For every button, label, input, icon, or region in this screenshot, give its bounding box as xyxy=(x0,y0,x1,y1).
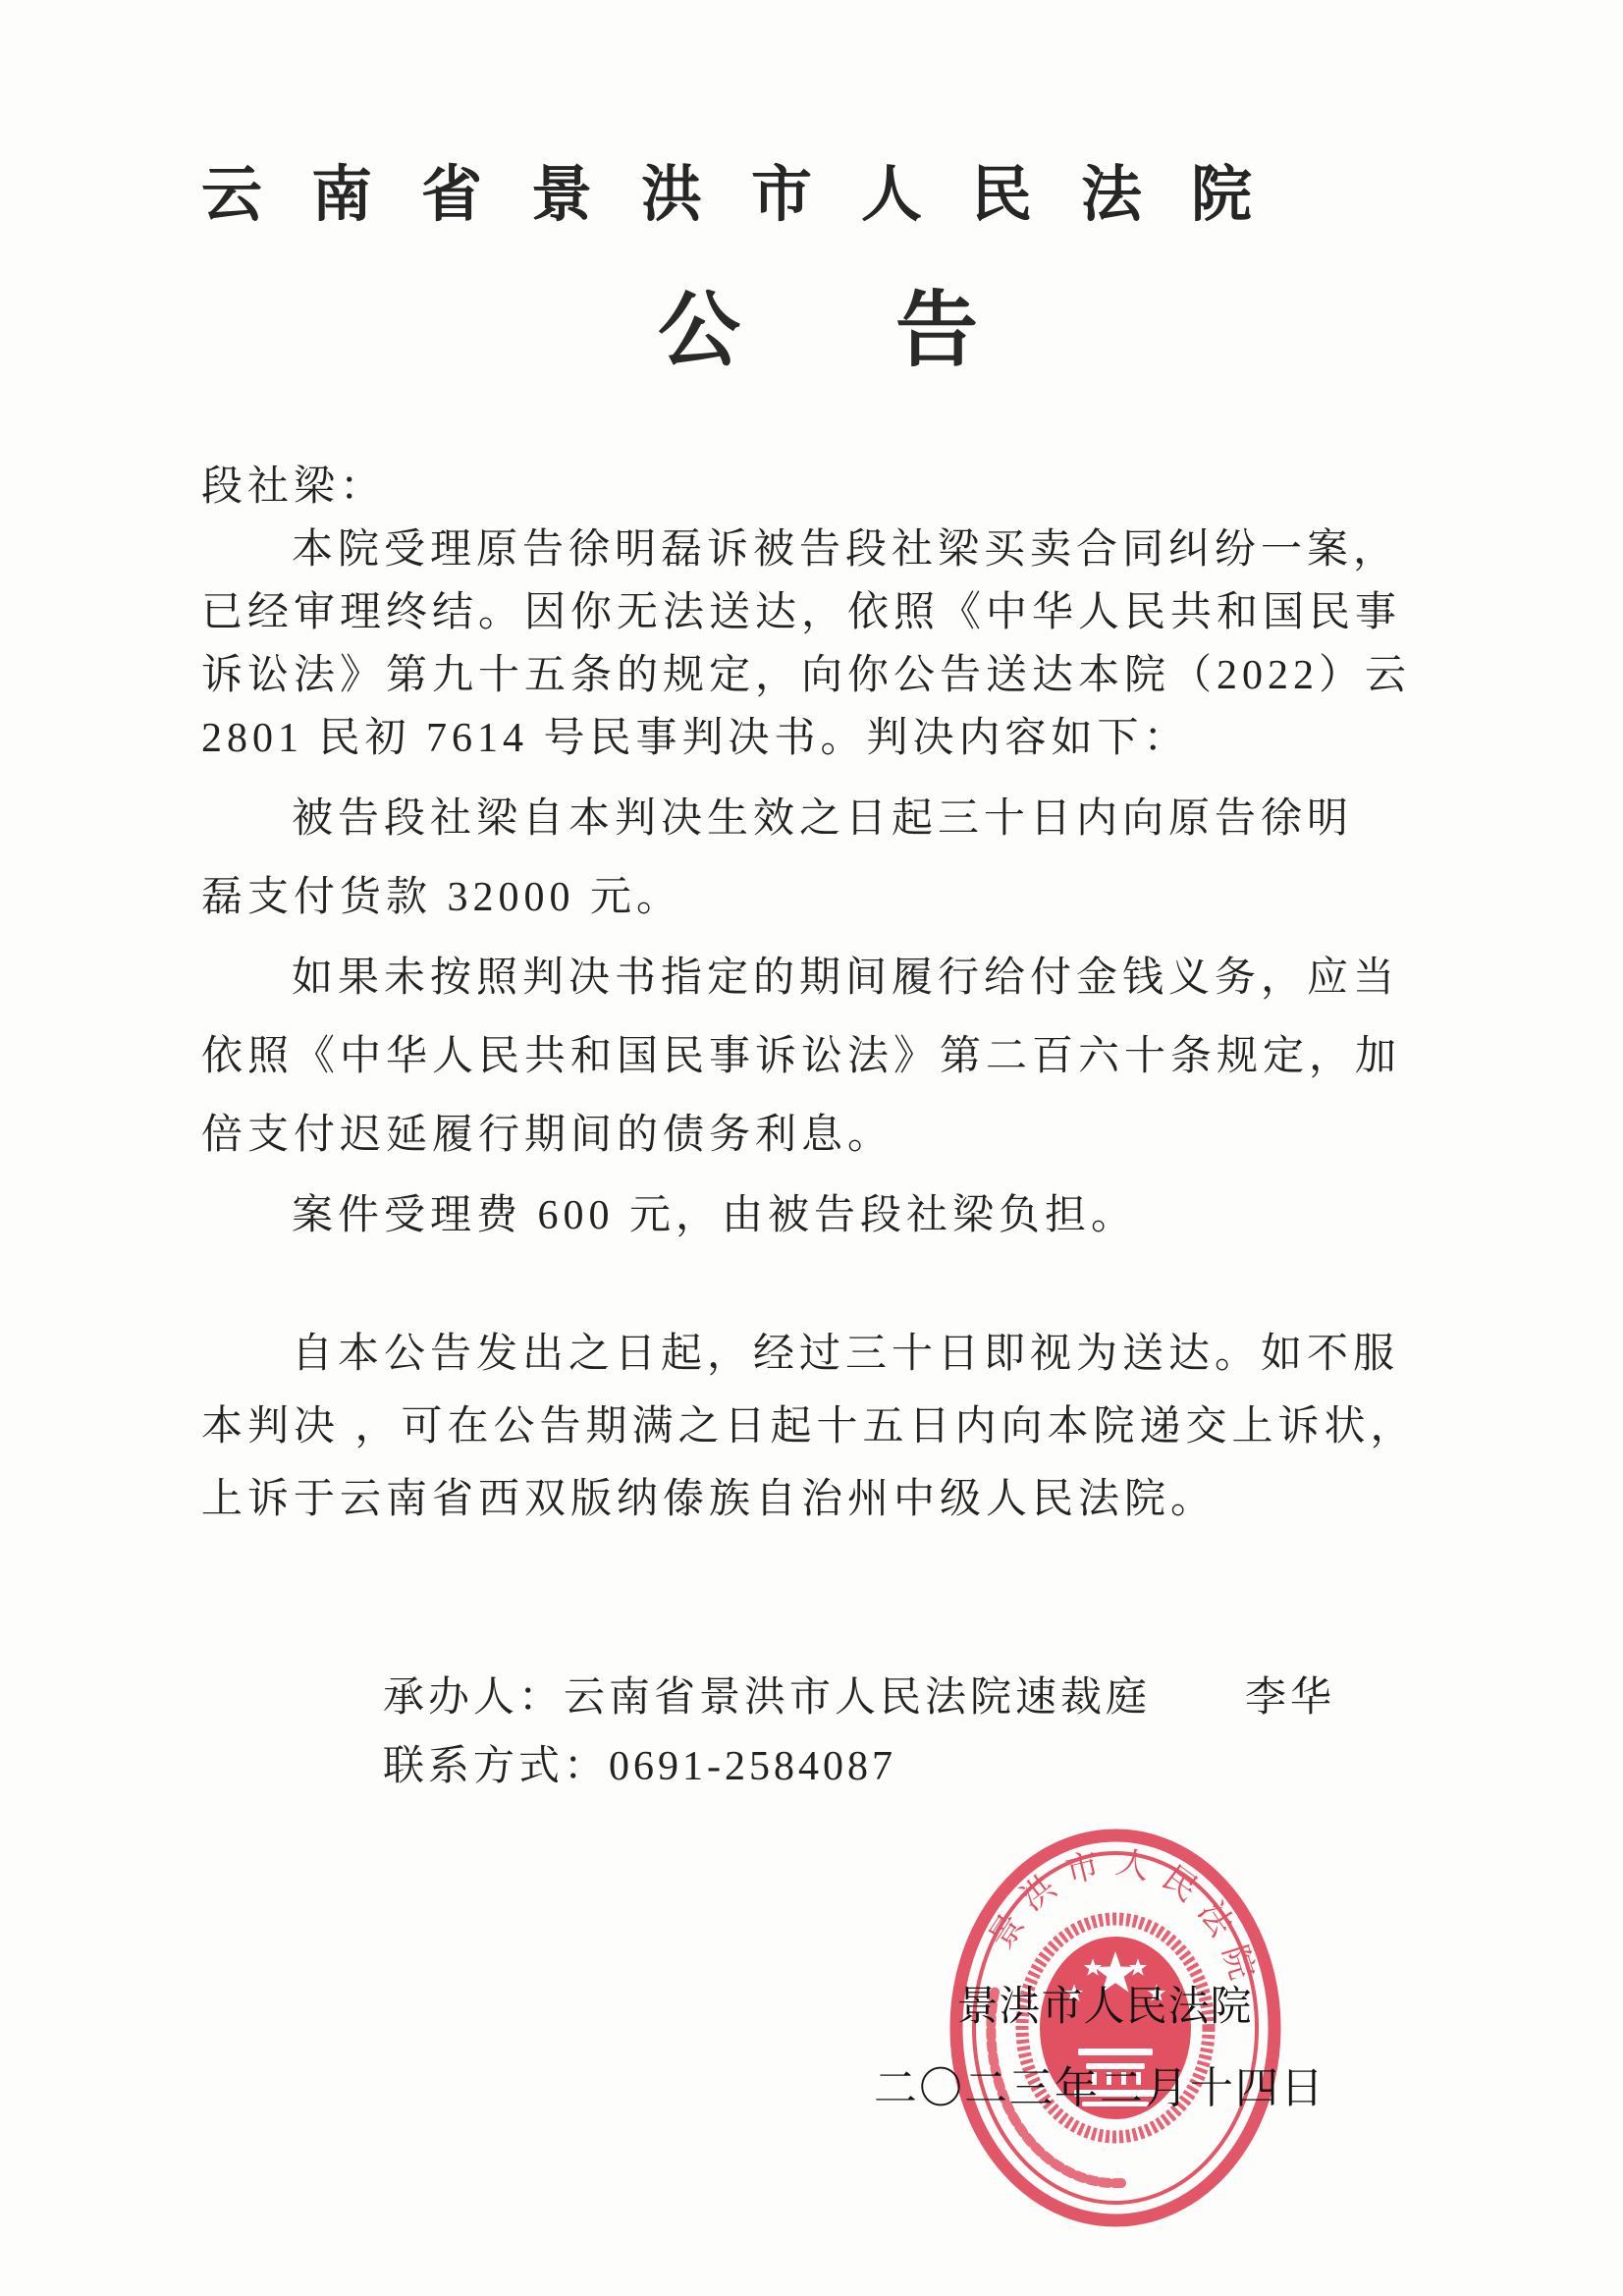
handler-line: 承办人：云南省景洪市人民法院速裁庭李华 xyxy=(383,1664,1335,1732)
body-line: 本院受理原告徐明磊诉被告段社梁买卖合同纠纷一案， xyxy=(201,519,1434,581)
court-title: 云南省景洪市人民法院 xyxy=(201,145,1301,233)
notice-title: 公 告 xyxy=(201,289,1434,371)
body-line: 诉讼法》第九十五条的规定，向你公告送达本院（2022）云 xyxy=(201,644,1434,707)
body-line: 自本公告发出之日起，经过三十日即视为送达。如不服 xyxy=(201,1318,1434,1391)
signature-court-name: 景洪市人民法院 xyxy=(938,1974,1271,2033)
contact-block: 承办人：云南省景洪市人民法院速裁庭李华 联系方式：0691-2584087 xyxy=(383,1664,1335,1801)
signature-date: 二〇二三年二月十四日 xyxy=(874,2052,1325,2115)
paragraph-case-intro: 本院受理原告徐明磊诉被告段社梁买卖合同纠纷一案， 已经审理终结。因你无法送达，依… xyxy=(201,519,1434,770)
handler-label: 承办人： xyxy=(383,1675,564,1721)
body-line: 被告段社梁自本判决生效之日起三十日内向原告徐明 xyxy=(201,780,1434,858)
body-line: 倍支付迟延履行期间的债务利息。 xyxy=(201,1096,1434,1175)
document-page: 云南省景洪市人民法院 公 告 段社梁： 本院受理原告徐明磊诉被告段社梁买卖合同纠… xyxy=(0,0,1623,2296)
phone-number: 0691-2584087 xyxy=(609,1744,896,1789)
body-line: 已经审理终结。因你无法送达，依照《中华人民共和国民事 xyxy=(201,581,1434,644)
body-line: 如果未按照判决书指定的期间履行给付金钱义务，应当 xyxy=(201,939,1434,1017)
notice-title-char-left: 公 xyxy=(658,289,740,371)
body-line: 案件受理费 600 元，由被告段社梁负担。 xyxy=(201,1176,1434,1255)
body-line: 依照《中华人民共和国民事诉讼法》第二百六十条规定，加 xyxy=(201,1017,1434,1096)
handler-name: 李华 xyxy=(1245,1675,1335,1721)
body-line: 磊支付货款 32000 元。 xyxy=(201,858,1434,937)
body-line: 上诉于云南省西双版纳傣族自治州中级人民法院。 xyxy=(201,1463,1434,1536)
phone-line: 联系方式：0691-2584087 xyxy=(383,1732,1335,1801)
paragraph-court-fee: 案件受理费 600 元，由被告段社梁负担。 xyxy=(201,1176,1434,1255)
body-line: 2801 民初 7614 号民事判决书。判决内容如下： xyxy=(201,707,1434,770)
paragraph-interest-clause: 如果未按照判决书指定的期间履行给付金钱义务，应当 依照《中华人民共和国民事诉讼法… xyxy=(201,939,1434,1175)
notice-title-char-right: 告 xyxy=(895,289,978,371)
paragraph-appeal-notice: 自本公告发出之日起，经过三十日即视为送达。如不服 本判决 ，可在公告期满之日起十… xyxy=(201,1318,1434,1536)
phone-label: 联系方式： xyxy=(383,1744,609,1789)
paragraph-judgment: 被告段社梁自本判决生效之日起三十日内向原告徐明 磊支付货款 32000 元。 xyxy=(201,780,1434,937)
body-line: 本判决 ，可在公告期满之日起十五日内向本院递交上诉状， xyxy=(201,1391,1434,1463)
addressee-line: 段社梁： xyxy=(201,454,386,513)
handler-org: 云南省景洪市人民法院速裁庭 xyxy=(564,1675,1151,1721)
